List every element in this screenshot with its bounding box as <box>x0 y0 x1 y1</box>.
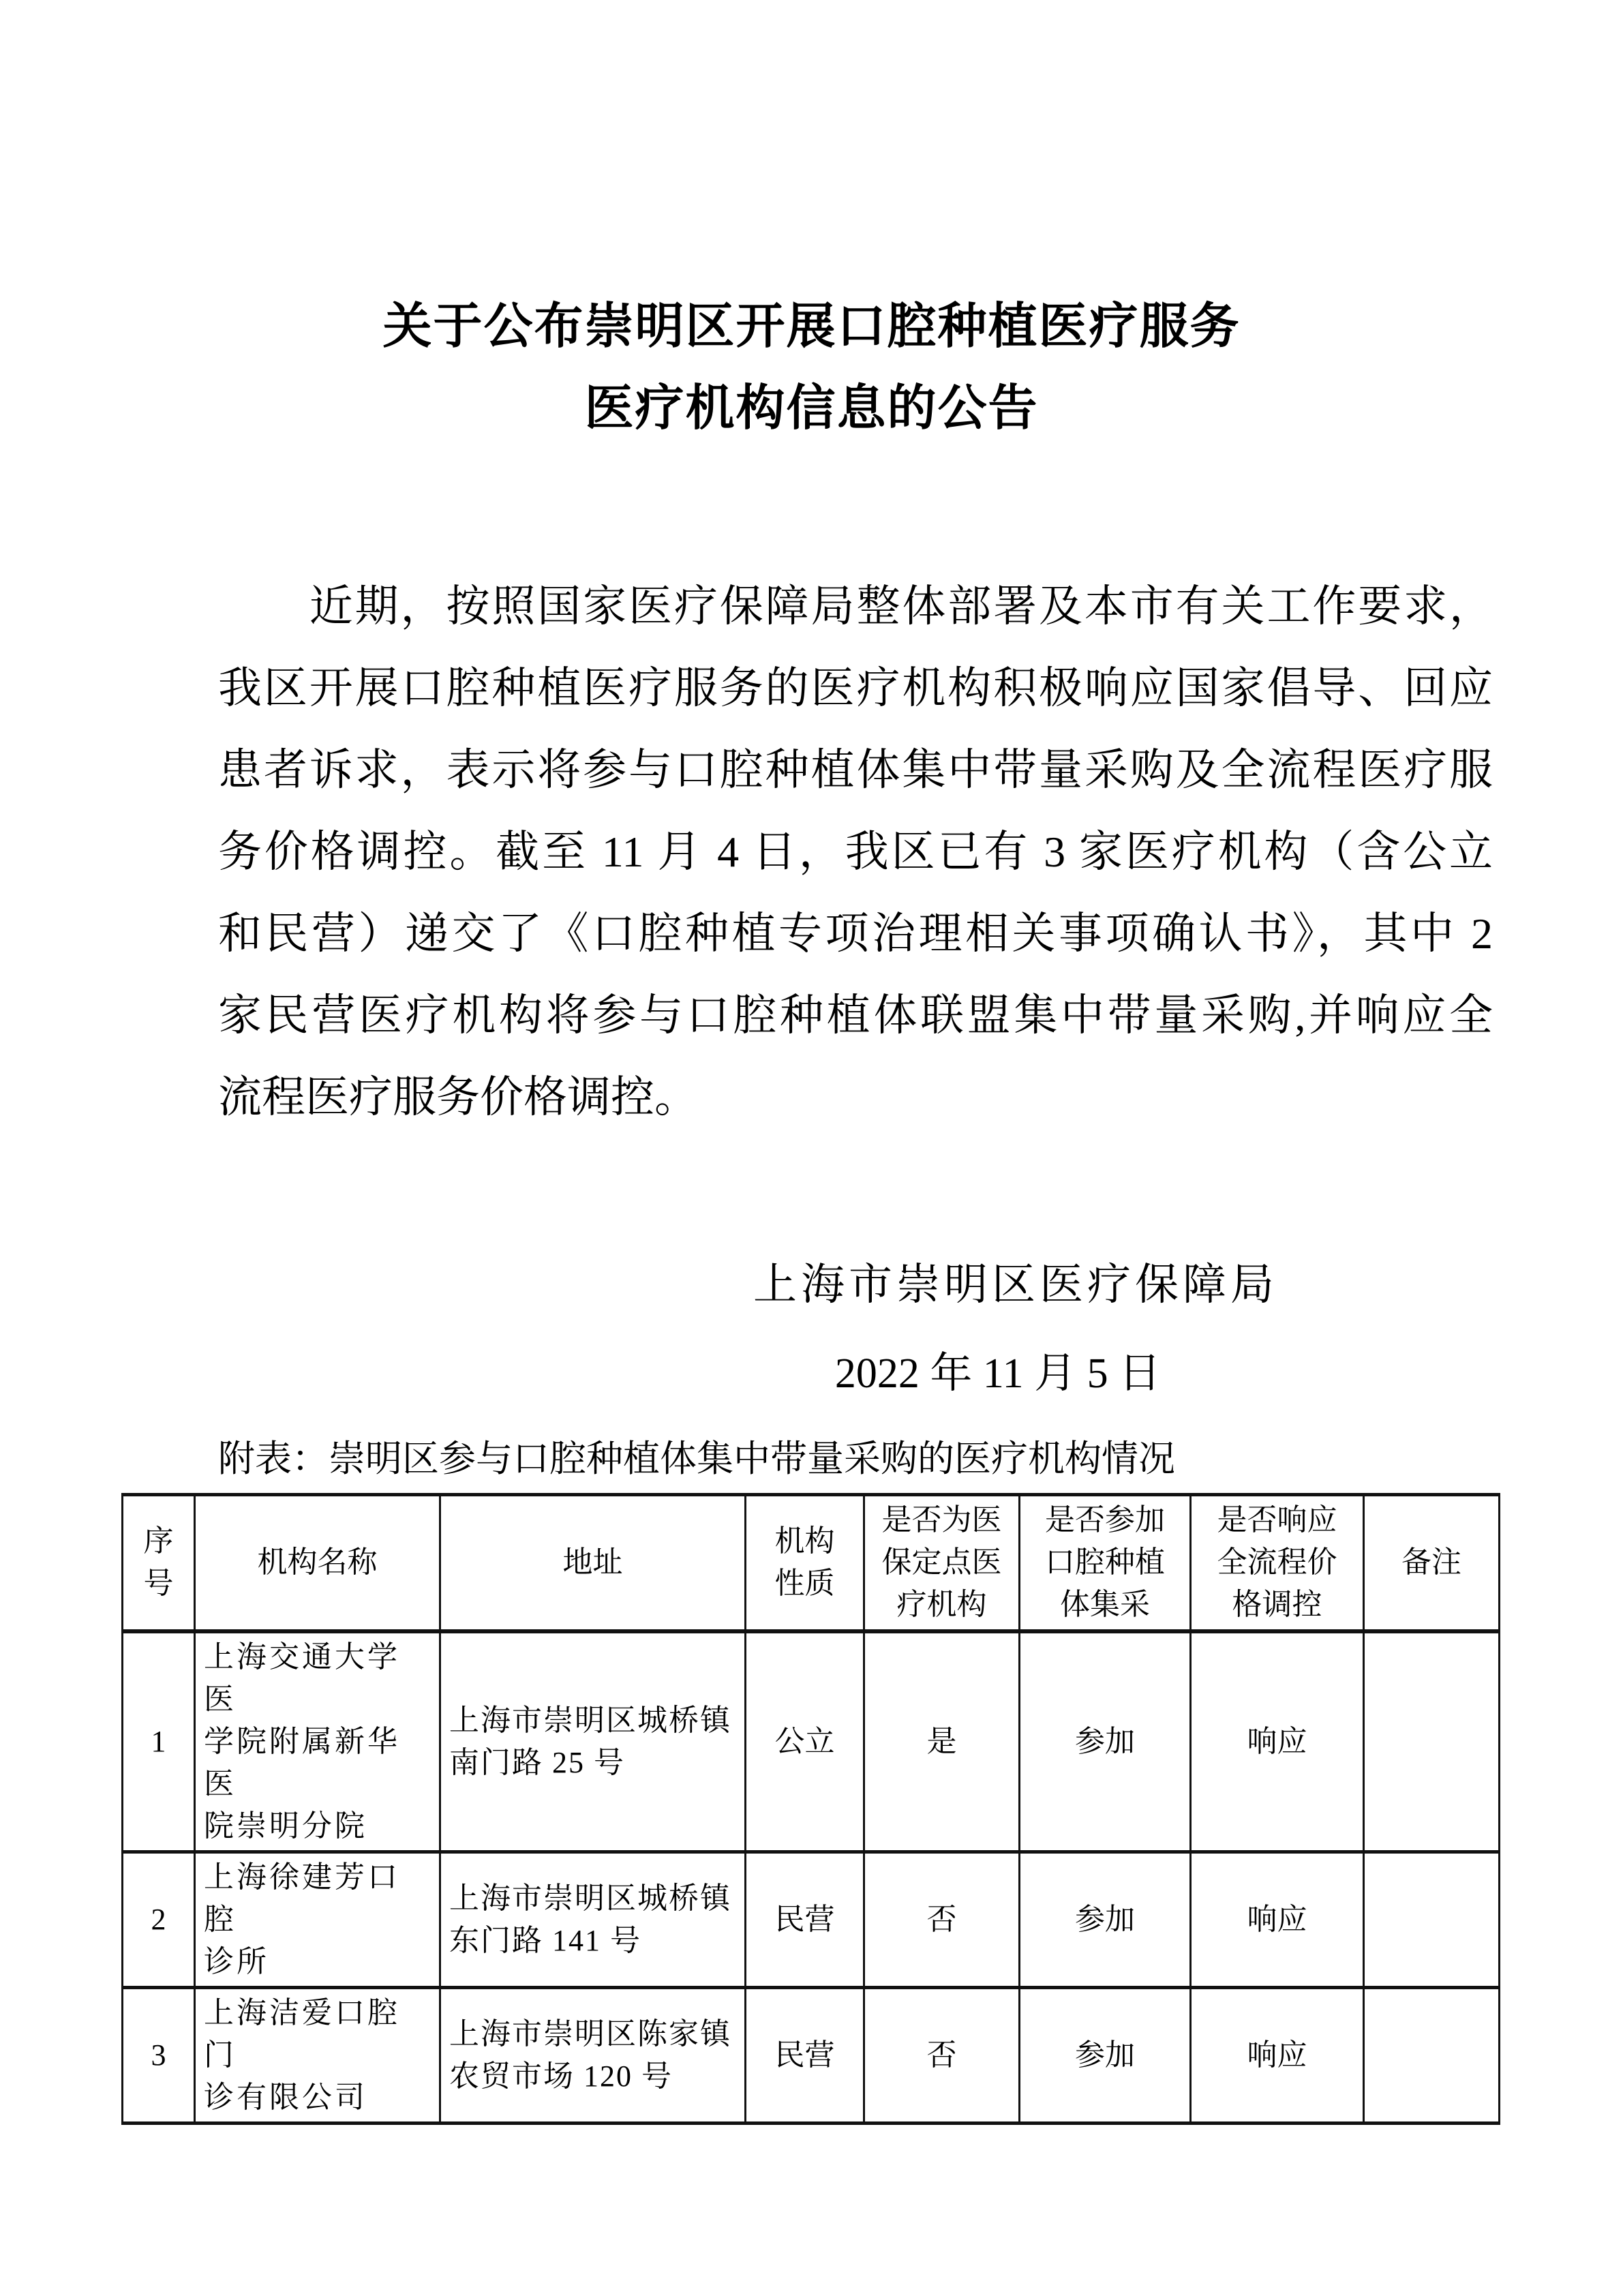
col-header-insurance: 是否为医 保定点医 疗机构 <box>864 1495 1020 1631</box>
body-line-5: 和民营）递交了《口腔种植专项治理相关事项确认书》，其中 2 <box>218 893 1493 975</box>
cell-address: 上海市崇明区城桥镇 东门路 141 号 <box>440 1852 746 1987</box>
cell-price: 响应 <box>1191 1852 1364 1987</box>
cell-remarks <box>1364 1987 1500 2123</box>
col-header-ownership: 机构 性质 <box>746 1495 864 1631</box>
cell-address: 上海市崇明区城桥镇 南门路 25 号 <box>440 1631 746 1852</box>
cell-procurement: 参加 <box>1020 1852 1191 1987</box>
cell-procurement: 参加 <box>1020 1631 1191 1852</box>
cell-index: 2 <box>123 1852 195 1987</box>
document-title: 关于公布崇明区开展口腔种植医疗服务 医疗机构信息的公告 <box>0 286 1623 449</box>
table-header-row: 序 号 机构名称 地址 机构 性质 是否为医 保定点医 疗机构 是否参加 口腔种… <box>123 1495 1500 1631</box>
col-header-index: 序 号 <box>123 1495 195 1631</box>
cell-remarks <box>1364 1631 1500 1852</box>
cell-ownership: 民营 <box>746 1987 864 2123</box>
cell-procurement: 参加 <box>1020 1987 1191 2123</box>
cell-institution-name: 上海徐建芳口腔 诊所 <box>195 1852 440 1987</box>
document-title-line-1: 关于公布崇明区开展口腔种植医疗服务 <box>0 286 1623 367</box>
col-header-name: 机构名称 <box>195 1495 440 1631</box>
document-body: 近期，按照国家医疗保障局整体部署及本市有关工作要求， 我区开展口腔种植医疗服务的… <box>218 566 1493 1138</box>
issuing-authority: 上海市崇明区医疗保障局 <box>753 1244 1278 1326</box>
col-header-procurement: 是否参加 口腔种植 体集采 <box>1020 1495 1191 1631</box>
cell-index: 3 <box>123 1987 195 2123</box>
cell-remarks <box>1364 1852 1500 1987</box>
institutions-table: 序 号 机构名称 地址 机构 性质 是否为医 保定点医 疗机构 是否参加 口腔种… <box>121 1493 1500 2125</box>
table-row: 3 上海洁爱口腔门 诊有限公司 上海市崇明区陈家镇 农贸市场 120 号 民营 … <box>123 1987 1500 2123</box>
cell-insurance: 否 <box>864 1987 1020 2123</box>
cell-ownership: 民营 <box>746 1852 864 1987</box>
cell-address: 上海市崇明区陈家镇 农贸市场 120 号 <box>440 1987 746 2123</box>
body-line-2: 我区开展口腔种植医疗服务的医疗机构积极响应国家倡导、回应 <box>218 648 1493 729</box>
document-page: 关于公布崇明区开展口腔种植医疗服务 医疗机构信息的公告 近期，按照国家医疗保障局… <box>0 0 1623 2296</box>
cell-institution-name: 上海交通大学医 学院附属新华医 院崇明分院 <box>195 1631 440 1852</box>
cell-institution-name: 上海洁爱口腔门 诊有限公司 <box>195 1987 440 2123</box>
cell-ownership: 公立 <box>746 1631 864 1852</box>
body-line-1: 近期，按照国家医疗保障局整体部署及本市有关工作要求， <box>218 566 1493 648</box>
document-title-line-2: 医疗机构信息的公告 <box>0 367 1623 449</box>
table-row: 2 上海徐建芳口腔 诊所 上海市崇明区城桥镇 东门路 141 号 民营 否 参加… <box>123 1852 1500 1987</box>
cell-price: 响应 <box>1191 1631 1364 1852</box>
cell-index: 1 <box>123 1631 195 1852</box>
issue-date: 2022 年 11 月 5 日 <box>835 1333 1161 1415</box>
body-line-6: 家民营医疗机构将参与口腔种植体联盟集中带量采购,并响应全 <box>218 975 1493 1057</box>
table-row: 1 上海交通大学医 学院附属新华医 院崇明分院 上海市崇明区城桥镇 南门路 25… <box>123 1631 1500 1852</box>
cell-price: 响应 <box>1191 1987 1364 2123</box>
cell-insurance: 是 <box>864 1631 1020 1852</box>
attachment-table-caption: 附表：崇明区参与口腔种植体集中带量采购的医疗机构情况 <box>218 1418 1175 1500</box>
col-header-address: 地址 <box>440 1495 746 1631</box>
body-line-3: 患者诉求，表示将参与口腔种植体集中带量采购及全流程医疗服 <box>218 729 1493 811</box>
body-line-7: 流程医疗服务价格调控。 <box>218 1057 1493 1138</box>
body-line-4: 务价格调控。截至 11 月 4 日，我区已有 3 家医疗机构（含公立 <box>218 811 1493 893</box>
col-header-price: 是否响应 全流程价 格调控 <box>1191 1495 1364 1631</box>
col-header-remarks: 备注 <box>1364 1495 1500 1631</box>
cell-insurance: 否 <box>864 1852 1020 1987</box>
